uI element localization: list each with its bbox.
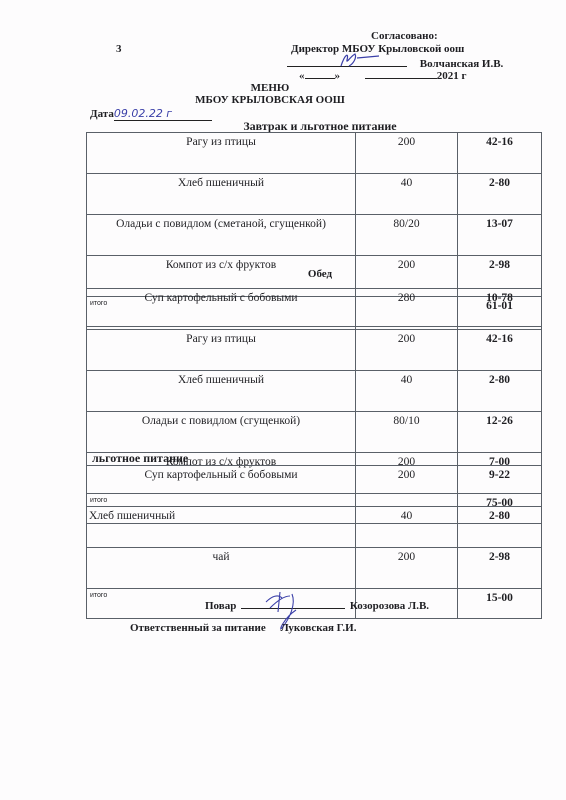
dish-portion: 200: [356, 466, 458, 507]
cook-signature-blank: [241, 598, 345, 609]
dish-portion: 200: [356, 548, 458, 589]
dish-name: Оладьи с повидлом (сметаной, сгущенкой): [87, 215, 356, 256]
dish-price: 2-80: [458, 371, 542, 412]
table-row: Хлеб пшеничный 40 2-80: [87, 174, 542, 215]
cook-signature-row: Повар Козорозова Л.В.: [205, 598, 429, 612]
cook-name: Козорозова Л.В.: [350, 600, 429, 612]
page-number: 3: [116, 43, 122, 55]
dish-portion: 80/20: [356, 215, 458, 256]
subsidized-table: Суп картофельный с бобовыми 200 9-22 Хле…: [86, 465, 542, 619]
dish-name: Рагу из птицы: [87, 133, 356, 174]
month-blank: [365, 68, 437, 79]
total-price: 15-00: [458, 589, 542, 619]
cook-label: Повар: [205, 600, 236, 612]
dish-price: 10-78: [458, 289, 542, 330]
dish-name: Рагу из птицы: [87, 330, 356, 371]
dish-price: 9-22: [458, 466, 542, 507]
table-row: чай 200 2-98: [87, 548, 542, 589]
table-row: Хлеб пшеничный 40 2-80: [87, 507, 542, 548]
dish-portion: 200: [356, 330, 458, 371]
dish-portion: 40: [356, 507, 458, 548]
dish-name: Оладьи с повидлом (сгущенкой): [87, 412, 356, 453]
date-close-quote: »: [335, 70, 341, 82]
responsible-label: Ответственный за питание: [130, 622, 266, 634]
table-row: Рагу из птицы 200 42-16: [87, 330, 542, 371]
dish-portion: 280: [356, 289, 458, 330]
approval-position: Директор МБОУ Крыловской оош: [291, 43, 464, 55]
menu-title: МЕНЮ: [210, 82, 330, 94]
dish-name: чай: [87, 548, 356, 589]
approval-title: Согласовано:: [371, 30, 438, 42]
dish-price: 12-26: [458, 412, 542, 453]
table-row: Хлеб пшеничный 40 2-80: [87, 371, 542, 412]
approval-date-line: «» 2021 г: [299, 68, 467, 82]
dish-portion: 40: [356, 174, 458, 215]
table-row: Суп картофельный с бобовыми 280 10-78: [87, 289, 542, 330]
day-blank: [305, 68, 335, 79]
dish-portion: 80/10: [356, 412, 458, 453]
signature-blank: [287, 55, 407, 67]
dish-name: Суп картофельный с бобовыми: [87, 289, 356, 330]
table-row: Оладьи с повидлом (сгущенкой) 80/10 12-2…: [87, 412, 542, 453]
date-label: Дата: [90, 108, 114, 120]
dish-name: Хлеб пшеничный: [87, 371, 356, 412]
school-name: МБОУ КРЫЛОВСКАЯ ООШ: [170, 94, 370, 106]
date-row: Дата09.02.22 г: [90, 107, 212, 121]
dish-portion: 40: [356, 371, 458, 412]
dish-price: 13-07: [458, 215, 542, 256]
dish-price: 2-98: [458, 548, 542, 589]
responsible-name: Луковская Г.И.: [280, 622, 356, 634]
table-row: Оладьи с повидлом (сметаной, сгущенкой) …: [87, 215, 542, 256]
responsible-row: Ответственный за питание Луковская Г.И.: [130, 622, 356, 634]
table-row: Суп картофельный с бобовыми 200 9-22: [87, 466, 542, 507]
approval-year: 2021 г: [437, 70, 467, 82]
dish-price: 42-16: [458, 330, 542, 371]
date-value: 09.02.22 г: [114, 107, 212, 121]
dish-price: 42-16: [458, 133, 542, 174]
dish-name: Хлеб пшеничный: [87, 174, 356, 215]
dish-price: 2-80: [458, 507, 542, 548]
dish-portion: 200: [356, 133, 458, 174]
section-title-lunch: Обед: [260, 268, 380, 280]
dish-name: Суп картофельный с бобовыми: [87, 466, 356, 507]
table-row: Рагу из птицы 200 42-16: [87, 133, 542, 174]
dish-price: 2-80: [458, 174, 542, 215]
dish-name: Хлеб пшеничный: [87, 507, 356, 548]
section-title-subsidized: льготное питание: [92, 451, 188, 466]
